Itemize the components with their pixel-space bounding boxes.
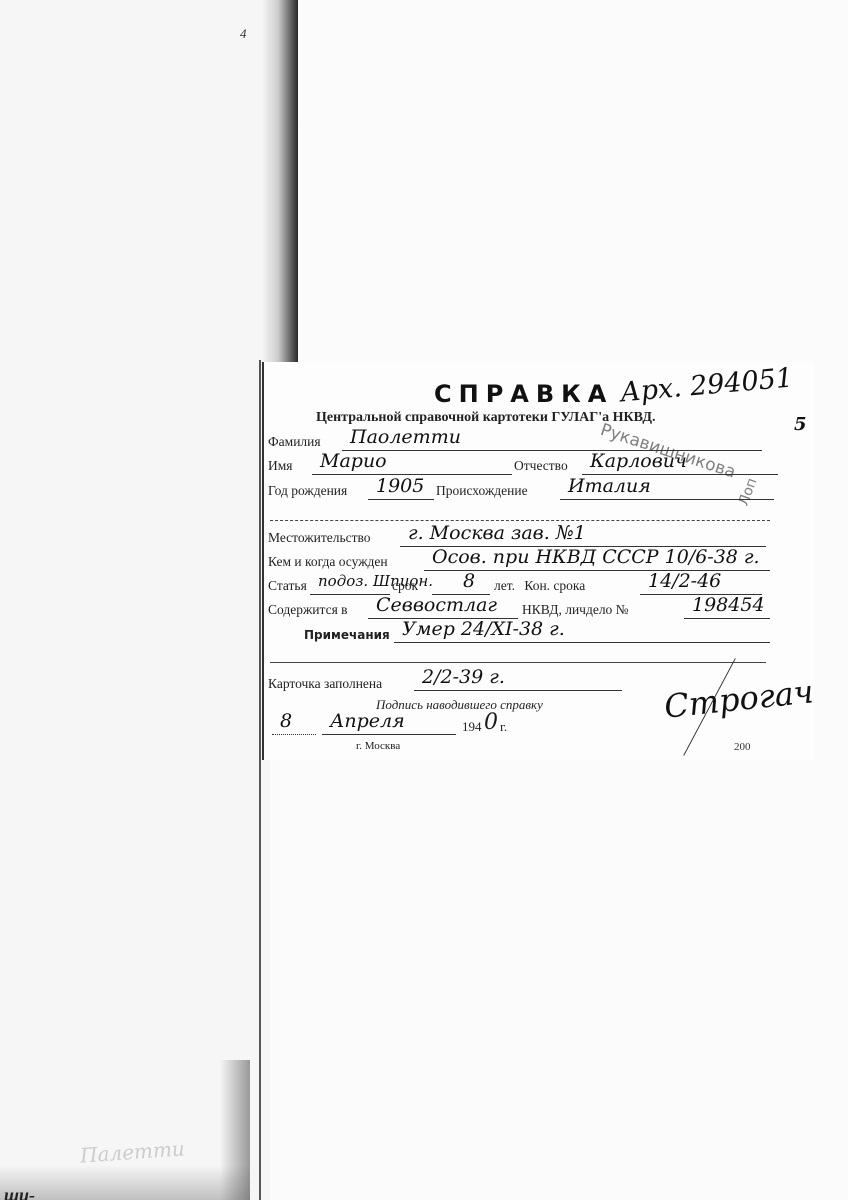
origin-value: Италия [568,475,651,497]
years-label: лет. [494,578,515,594]
page-number-mark: 4 [240,26,247,42]
birth-year-value: 1905 [376,475,424,497]
reference-card: СПРАВКА Арх. 294051 5 Центральной справо… [262,362,814,760]
notes-row: Примечания [304,627,390,643]
bottom-smudge [0,1165,250,1200]
convicted-by-label: Кем и когда осужден [268,554,388,570]
city-label: г. Москва [356,740,400,752]
name-value: Марио [320,450,387,472]
article-field: подоз. Шпион. [310,574,390,595]
article-row: Статья [268,578,307,594]
surname-row: Фамилия [268,434,321,450]
binding-edge [259,360,261,1200]
term-end-value: 14/2-46 [648,570,721,592]
origin-field: Италия [560,479,774,500]
left-page [0,0,270,1200]
card-filled-label: Карточка заполнена [268,676,382,692]
notes-field: Умер 24/XI-38 г. [394,622,770,643]
term-label: срок [392,578,418,594]
patronymic-label: Отчество [514,458,568,474]
divider-line [270,520,770,521]
term-label-row: срок [392,578,418,594]
corner-scribble: ши- [4,1185,35,1200]
notes-value: Умер 24/XI-38 г. [402,618,565,640]
case-number-field: 198454 [684,598,770,619]
held-in-label: Содержится в [268,602,348,618]
convicted-by-field: Осов. при НКВД СССР 10/6-38 г. [424,550,770,571]
issue-month-field: Апреля [322,714,456,735]
issue-month-value: Апреля [330,710,405,732]
archive-reference: Арх. 294051 [619,363,794,409]
term-end-field: 14/2-46 [640,574,762,595]
convicted-by-value: Осов. при НКВД СССР 10/6-38 г. [432,546,760,568]
card-title: СПРАВКА [434,380,613,408]
held-in-suffix-row: НКВД, личдело № [522,602,629,618]
surname-label: Фамилия [268,434,321,450]
case-number-value: 198454 [692,594,765,616]
residence-value: г. Москва зав. №1 [408,522,586,544]
issue-day-field: 8 [272,714,316,735]
archive-reference-suffix: 5 [794,414,807,435]
origin-row: Происхождение [436,483,528,499]
residence-field: г. Москва зав. №1 [400,526,766,547]
held-in-row: Содержится в [268,602,348,618]
issue-year-suffix: г. [500,719,507,735]
issue-year-prefix: 194 [462,719,482,735]
surname-value: Паолетти [350,426,461,448]
surname-field: Паолетти [342,430,762,451]
birth-year-label: Год рождения [268,483,347,499]
notes-extra-line [270,662,766,663]
article-label: Статья [268,578,307,594]
origin-label: Происхождение [436,483,528,499]
residence-row: Местожительство [268,530,371,546]
held-in-value: Севвостлаг [376,594,497,616]
binding-shadow [262,0,298,380]
held-in-field: Севвостлаг [368,598,518,619]
patronymic-row: Отчество [514,458,568,474]
patronymic-field: Карлович [582,454,778,475]
term-end-label: Кон. срока [524,578,585,594]
name-field: Марио [312,454,512,475]
term-value: 8 [463,570,475,592]
card-filled-row: Карточка заполнена [268,676,382,692]
convicted-by-row: Кем и когда осужден [268,554,388,570]
card-filled-field: 2/2-39 г. [414,670,622,691]
years-label-row: лет. Кон. срока [494,578,585,594]
held-in-suffix: НКВД, личдело № [522,602,629,618]
issue-year-digit: 0 [484,710,498,735]
birth-year-row: Год рождения [268,483,347,499]
residence-label: Местожительство [268,530,371,546]
issue-day-value: 8 [280,710,292,732]
form-number: 200 [734,741,751,753]
signature: Строгач [662,672,815,725]
patronymic-value: Карлович [590,450,687,472]
card-filled-value: 2/2-39 г. [422,666,505,688]
term-field: 8 [432,574,490,595]
birth-year-field: 1905 [368,479,434,500]
name-label: Имя [268,458,293,474]
name-row: Имя [268,458,293,474]
notes-label: Примечания [304,628,390,642]
